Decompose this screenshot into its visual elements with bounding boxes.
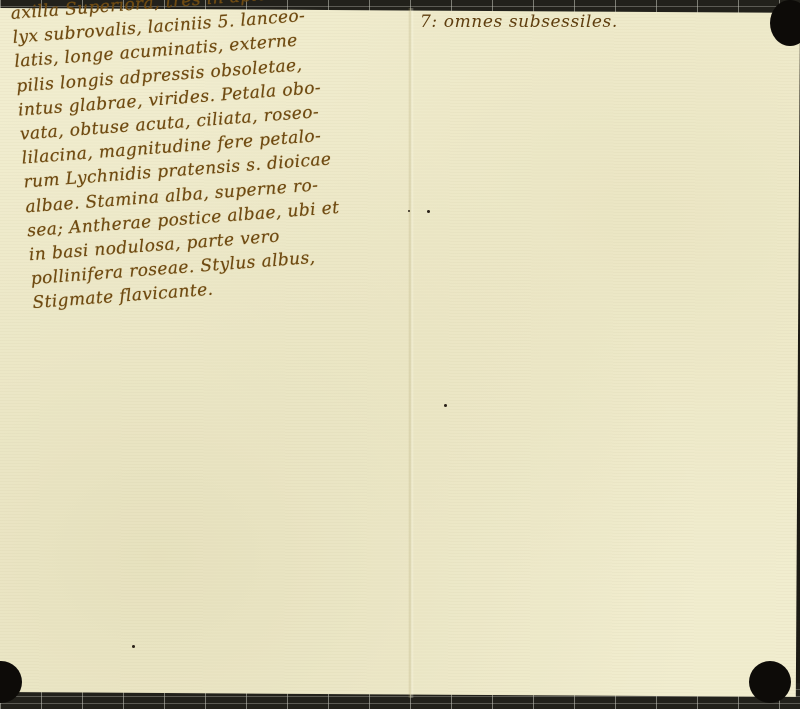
handwritten-note-right: 7: omnes subsessiles. (420, 12, 618, 32)
ink-speck (408, 210, 410, 212)
ink-speck (132, 645, 135, 648)
mounting-dot-bottom-right (749, 661, 791, 703)
ink-speck (444, 404, 447, 407)
ink-speck (427, 210, 430, 213)
handwritten-text-left-column: axilla Superiora, tres in apice. 7 Ca- l… (10, 0, 442, 316)
